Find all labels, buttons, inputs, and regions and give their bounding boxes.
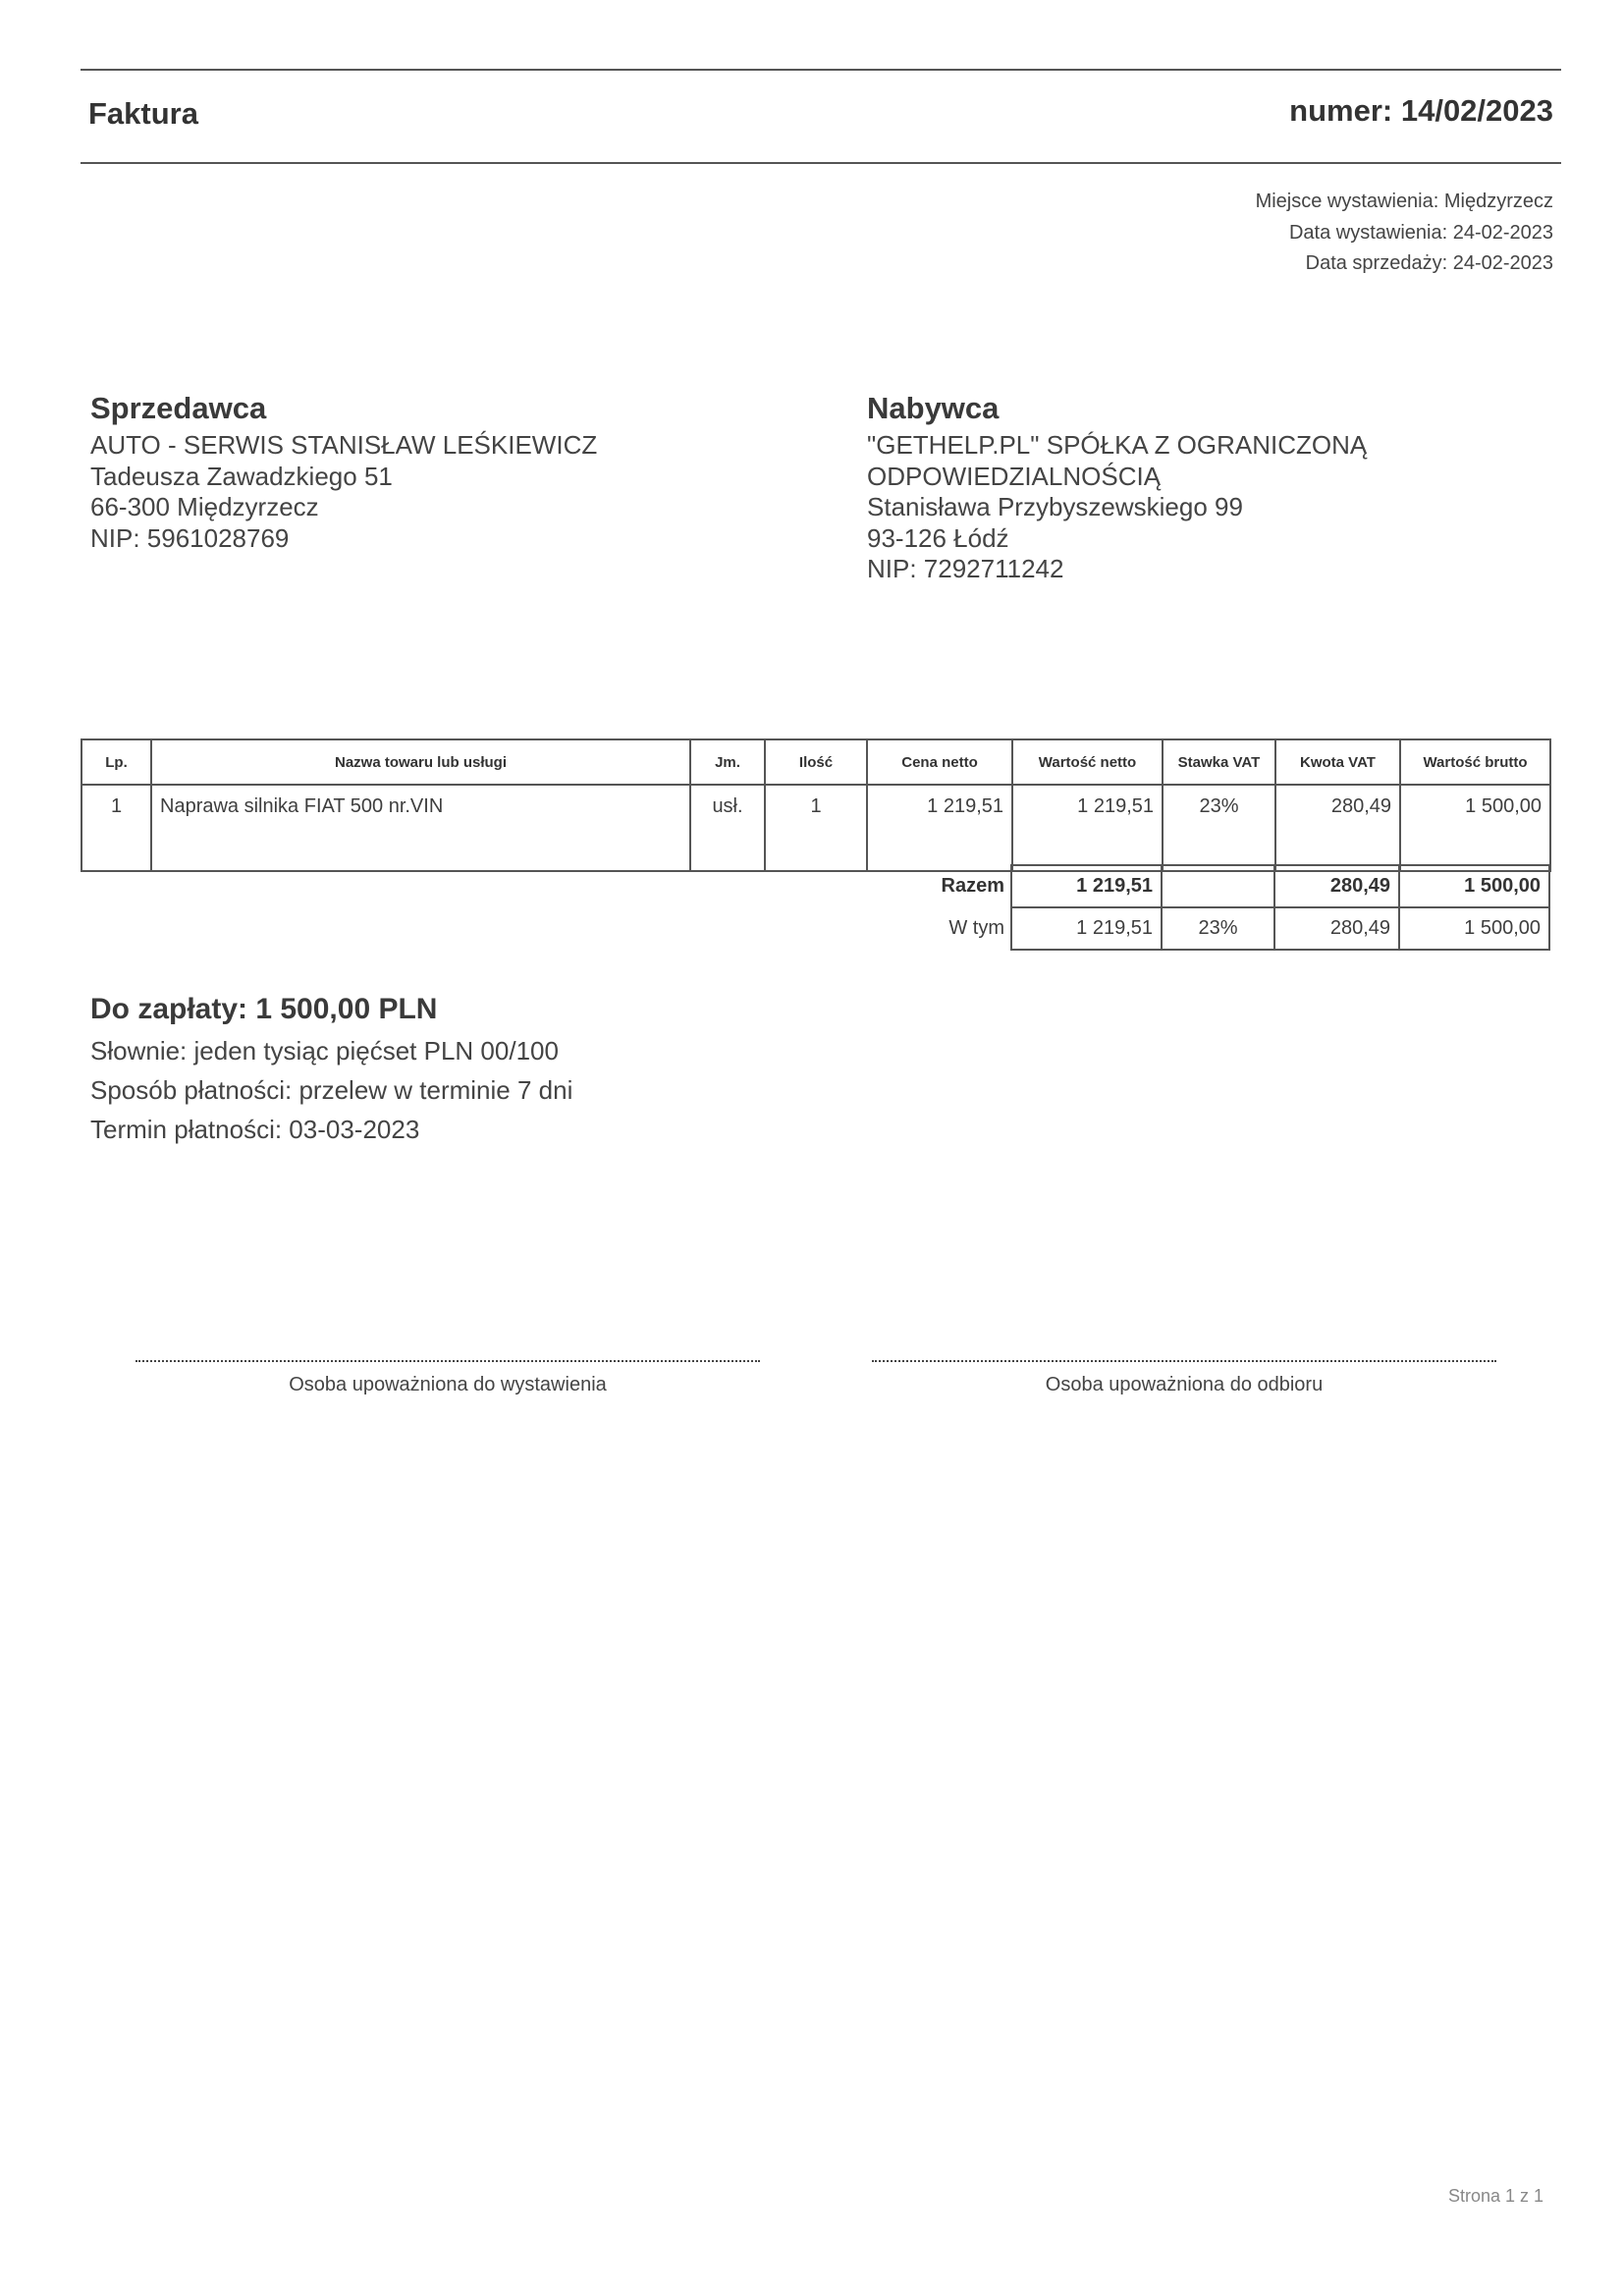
receiver-signature-label: Osoba upoważniona do odbioru — [872, 1374, 1496, 1396]
table-header-row: Lp. Nazwa towaru lub usługi Jm. Ilość Ce… — [81, 739, 1550, 785]
seller-name: AUTO - SERWIS STANISŁAW LEŚKIEWICZ — [90, 430, 597, 462]
invoice-meta: Miejsce wystawienia: Międzyrzecz Data wy… — [1256, 187, 1553, 280]
issuer-signature: Osoba upoważniona do wystawienia — [135, 1360, 760, 1396]
col-net-value: Wartość netto — [1012, 739, 1163, 785]
cell-vat-amount: 280,49 — [1275, 785, 1400, 871]
seller-heading: Sprzedawca — [90, 391, 597, 426]
col-qty: Ilość — [765, 739, 867, 785]
cell-vat-rate: 23% — [1163, 785, 1275, 871]
total-gross: 1 500,00 — [1399, 865, 1549, 907]
summary-breakdown-row: W tym 1 219,51 23% 280,49 1 500,00 — [884, 907, 1549, 950]
cell-qty: 1 — [765, 785, 867, 871]
issue-place: Miejsce wystawienia: Międzyrzecz — [1256, 187, 1553, 218]
buyer-heading: Nabywca — [867, 391, 1367, 426]
payment-deadline: Termin płatności: 03-03-2023 — [90, 1110, 572, 1149]
sale-date: Data sprzedaży: 24-02-2023 — [1256, 248, 1553, 280]
page-number: Strona 1 z 1 — [1448, 2186, 1543, 2207]
buyer-name-1: "GETHELP.PL" SPÓŁKA Z OGRANICZONĄ — [867, 430, 1367, 462]
seller-city: 66-300 Międzyrzecz — [90, 492, 597, 523]
breakdown-gross: 1 500,00 — [1399, 907, 1549, 950]
amount-due: Do zapłaty: 1 500,00 PLN — [90, 990, 572, 1029]
col-gross-value: Wartość brutto — [1400, 739, 1550, 785]
breakdown-vat: 280,49 — [1274, 907, 1399, 950]
cell-lp: 1 — [81, 785, 151, 871]
col-unit: Jm. — [690, 739, 765, 785]
receiver-signature: Osoba upoważniona do odbioru — [872, 1360, 1496, 1396]
issue-date: Data wystawienia: 24-02-2023 — [1256, 218, 1553, 249]
buyer-nip: NIP: 7292711242 — [867, 554, 1367, 585]
col-name: Nazwa towaru lub usługi — [151, 739, 690, 785]
table-row: 1 Naprawa silnika FIAT 500 nr.VIN usł. 1… — [81, 785, 1550, 871]
cell-name: Naprawa silnika FIAT 500 nr.VIN — [151, 785, 690, 871]
seller-street: Tadeusza Zawadzkiego 51 — [90, 462, 597, 493]
seller-nip: NIP: 5961028769 — [90, 523, 597, 555]
items-table: Lp. Nazwa towaru lub usługi Jm. Ilość Ce… — [81, 738, 1551, 872]
cell-net-value: 1 219,51 — [1012, 785, 1163, 871]
cell-gross-value: 1 500,00 — [1400, 785, 1550, 871]
col-lp: Lp. — [81, 739, 151, 785]
buyer-block: Nabywca "GETHELP.PL" SPÓŁKA Z OGRANICZON… — [867, 391, 1367, 585]
total-net: 1 219,51 — [1011, 865, 1162, 907]
col-vat-rate: Stawka VAT — [1163, 739, 1275, 785]
total-label: Razem — [884, 865, 1011, 907]
top-rule — [81, 69, 1561, 71]
breakdown-label: W tym — [884, 907, 1011, 950]
total-rate — [1162, 865, 1274, 907]
payment-block: Do zapłaty: 1 500,00 PLN Słownie: jeden … — [90, 990, 572, 1149]
breakdown-rate: 23% — [1162, 907, 1274, 950]
payment-method: Sposób płatności: przelew w terminie 7 d… — [90, 1070, 572, 1110]
signature-line — [872, 1360, 1496, 1362]
header-rule — [81, 162, 1561, 164]
cell-unit-net: 1 219,51 — [867, 785, 1012, 871]
buyer-city: 93-126 Łódź — [867, 523, 1367, 555]
invoice-number: numer: 14/02/2023 — [1289, 93, 1553, 129]
seller-block: Sprzedawca AUTO - SERWIS STANISŁAW LEŚKI… — [90, 391, 597, 554]
signature-line — [135, 1360, 760, 1362]
total-vat: 280,49 — [1274, 865, 1399, 907]
document-title: Faktura — [88, 96, 198, 132]
col-vat-amount: Kwota VAT — [1275, 739, 1400, 785]
issuer-signature-label: Osoba upoważniona do wystawienia — [135, 1374, 760, 1396]
buyer-name-2: ODPOWIEDZIALNOŚCIĄ — [867, 462, 1367, 493]
summary-table: Razem 1 219,51 280,49 1 500,00 W tym 1 2… — [884, 864, 1550, 951]
col-unit-net: Cena netto — [867, 739, 1012, 785]
buyer-street: Stanisława Przybyszewskiego 99 — [867, 492, 1367, 523]
breakdown-net: 1 219,51 — [1011, 907, 1162, 950]
cell-unit: usł. — [690, 785, 765, 871]
amount-in-words: Słownie: jeden tysiąc pięćset PLN 00/100 — [90, 1031, 572, 1070]
summary-total-row: Razem 1 219,51 280,49 1 500,00 — [884, 865, 1549, 907]
